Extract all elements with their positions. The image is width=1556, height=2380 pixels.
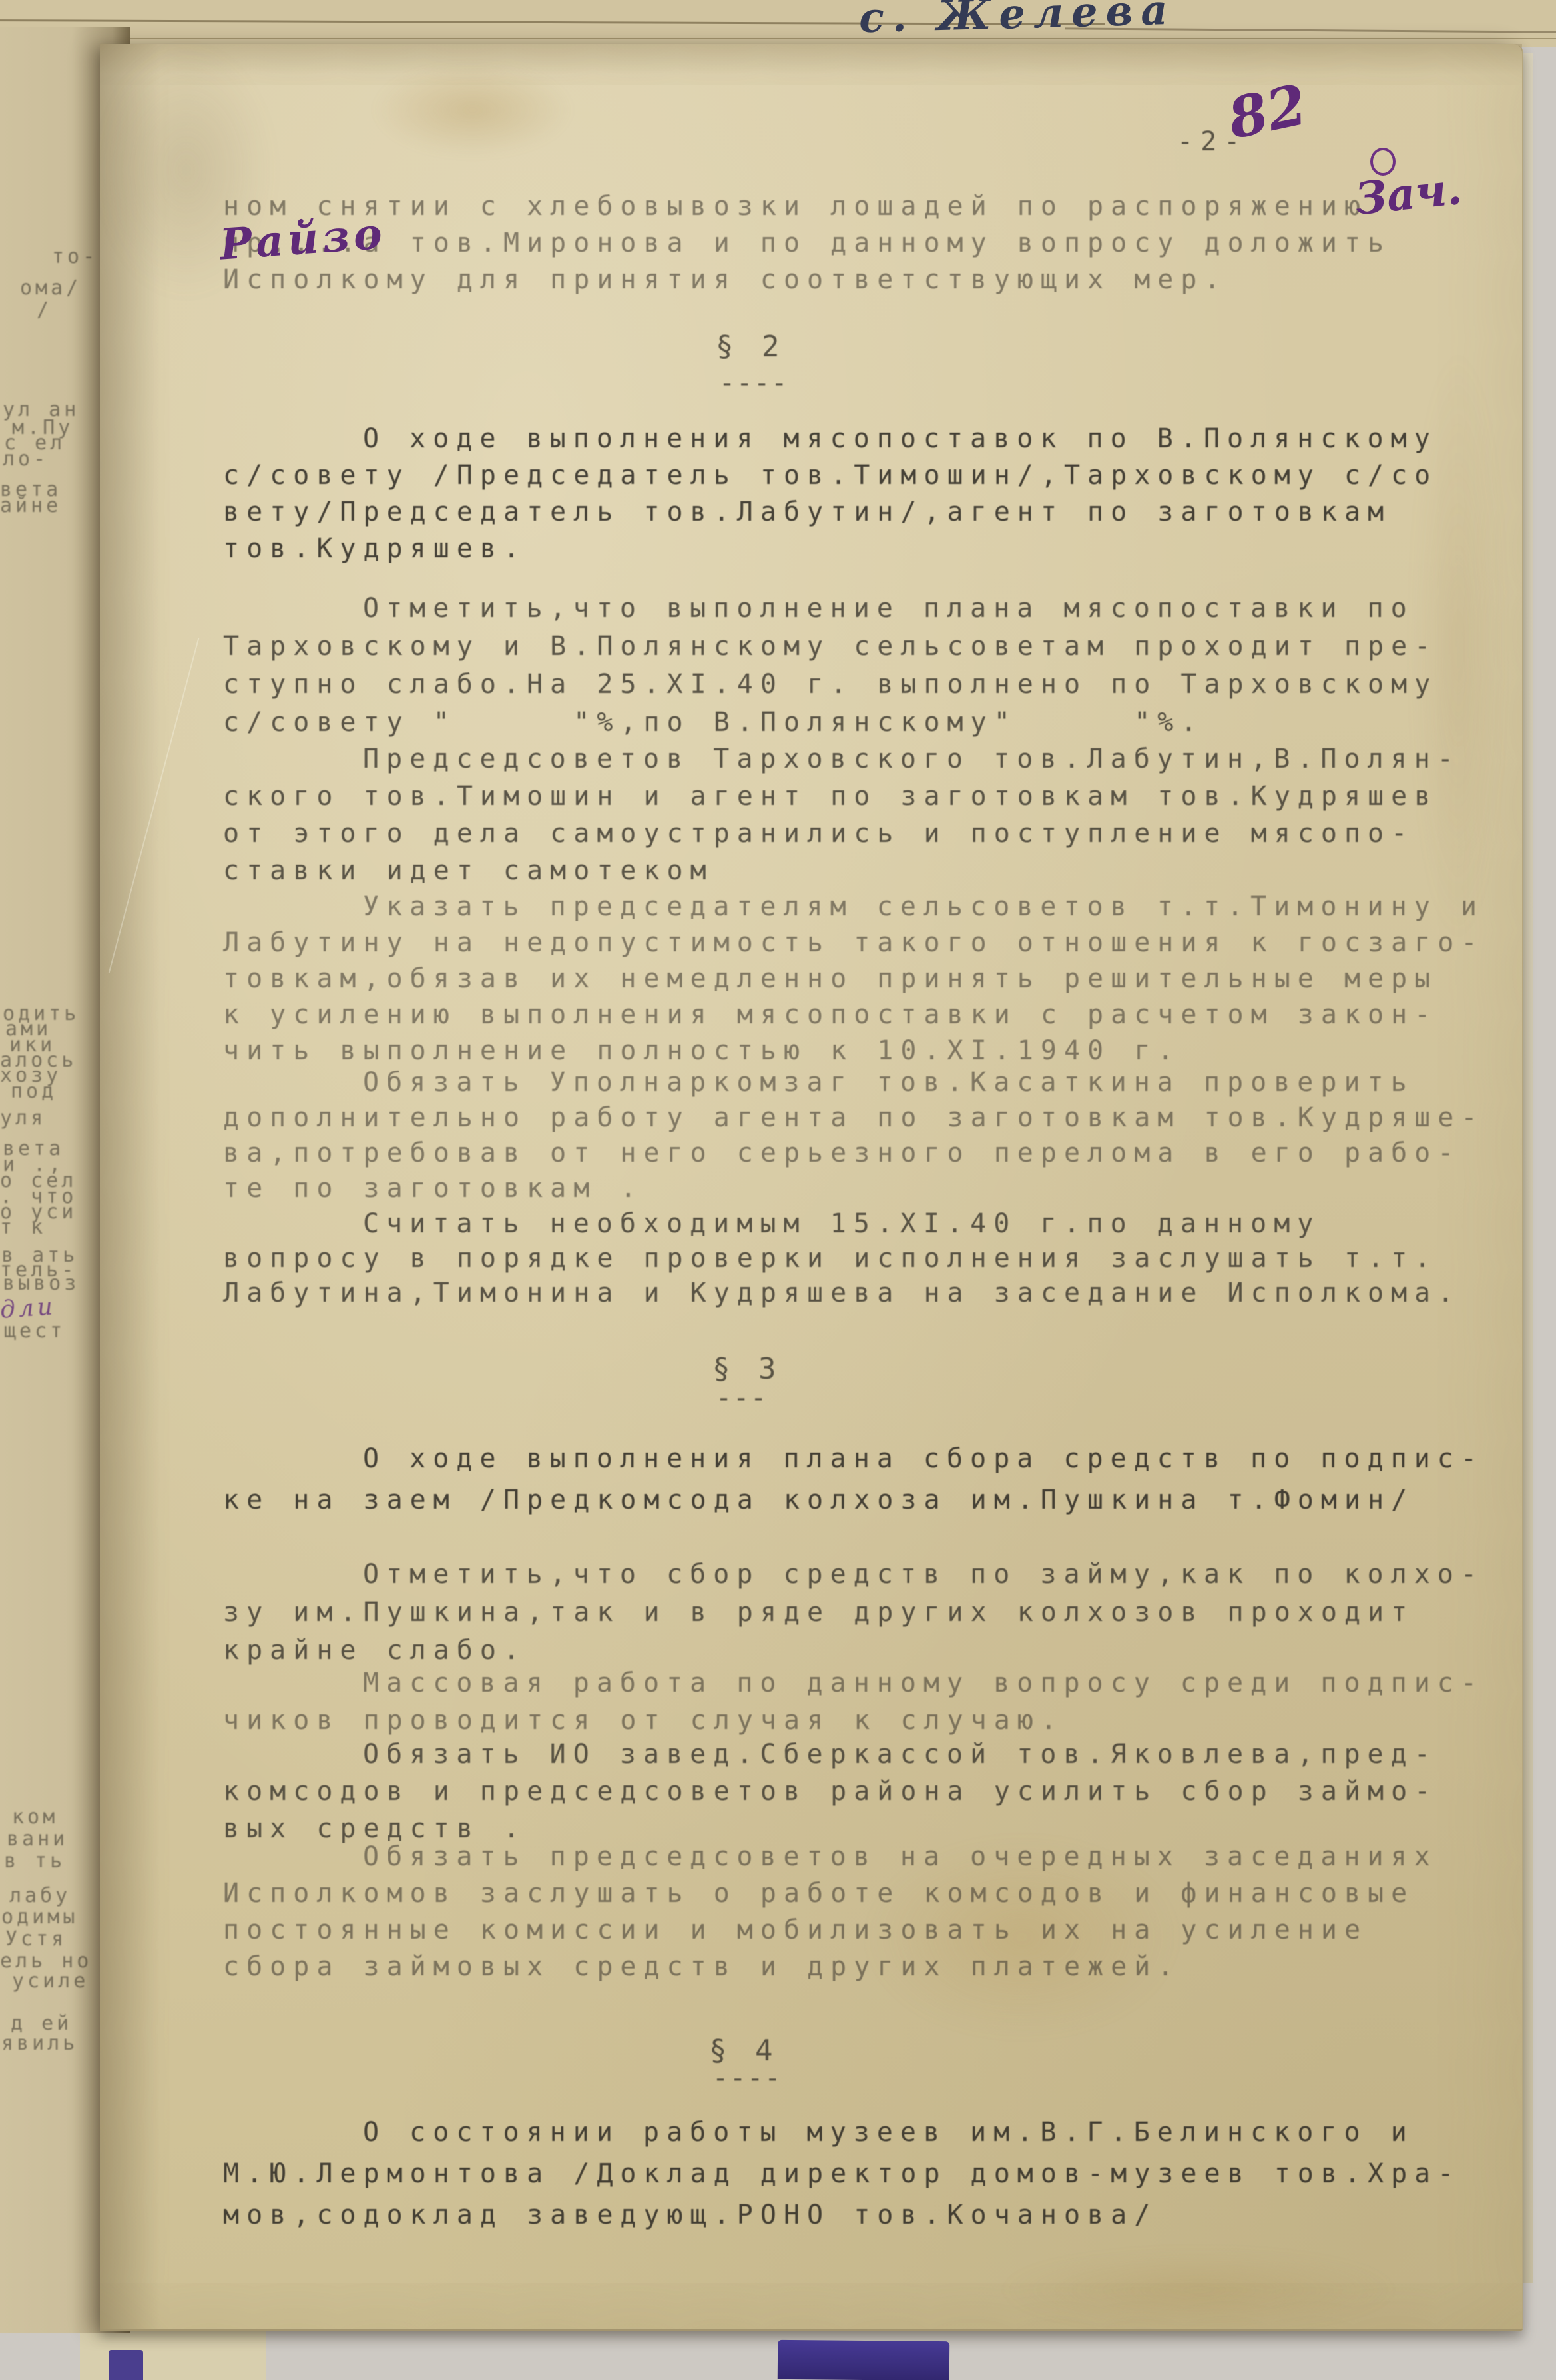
torn-text-fragment: одимы [1,1905,78,1929]
section-3-paragraph: Обязать председсоветов на очередных засе… [223,1839,1501,1985]
torn-text-fragment: вани [7,1827,68,1851]
section-2-paragraph: Считать необходимым 15.XI.40 г.по данном… [223,1206,1501,1310]
section-heading-2-underline: ---- [719,365,788,403]
section-4-title: О состоянии работы музеев им.В.Г.Белинск… [223,2112,1501,2236]
section-2-paragraph: Отметить,что выполнение плана мясопостав… [223,590,1501,742]
section-3-title: О ходе выполнения плана сбора средств по… [223,1438,1501,1521]
section-heading-3-underline: --- [716,1379,768,1417]
section-3-paragraph: Обязать ИО завед.Сберкассой тов.Яковлева… [223,1736,1501,1847]
torn-text-fragment: явиль [1,2032,78,2055]
torn-text-fragment: усиле [12,1969,89,1993]
torn-text-fragment: в ть [4,1849,65,1873]
page-stack-edge [1523,53,1533,2283]
torn-text-fragment: лабу [9,1884,71,1907]
binding-ribbon [778,2340,950,2380]
torn-text-fragment: под [11,1080,57,1103]
torn-text-fragment: уля [0,1106,46,1130]
section-3-paragraph: Отметить,что сбор средств по займу,как п… [223,1556,1501,1670]
torn-text-fragment: то- [52,245,98,268]
archival-scan: то- ома/ / ул ан м.Пу с ел ло- вета айне… [0,0,1556,2380]
torn-text-fragment: ло- [3,447,49,471]
binding-ribbon-small [109,2350,143,2380]
torn-text-fragment: ома/ [20,276,81,300]
torn-text-fragment: вывоз [3,1272,79,1295]
section-2-title: О ходе выполнения мясопоставок по В.Поля… [223,421,1501,567]
torn-text-fragment: т к [0,1216,46,1239]
torn-text-fragment: Устя [5,1927,67,1951]
torn-text-fragment: щест [4,1319,65,1343]
torn-text-fragment: айне [0,494,61,517]
section-2-paragraph: Председсоветов Тарховского тов.Лабутин,В… [223,740,1501,889]
section-3-paragraph: Массовая работа по данному вопросу среди… [223,1664,1501,1739]
paper-stain [373,63,573,156]
torn-text-fragment: / [37,298,52,322]
paper-stain [999,2250,1398,2330]
margin-note-right: Зач. [1352,162,1464,225]
section-2-paragraph: Указать председателям сельсоветов т.т.Ти… [223,889,1501,1069]
page-edge-line [0,38,1556,39]
section-2-paragraph: Обязать Уполнаркомзаг тов.Касаткина пров… [223,1065,1501,1206]
section-heading-4-underline: ---- [712,2060,782,2098]
torn-text-fragment: ком [12,1805,58,1829]
section-heading-2: § 2 [716,328,784,365]
continuation-paragraph: ном снятии с хлебовывозки лошадей по рас… [223,188,1501,298]
